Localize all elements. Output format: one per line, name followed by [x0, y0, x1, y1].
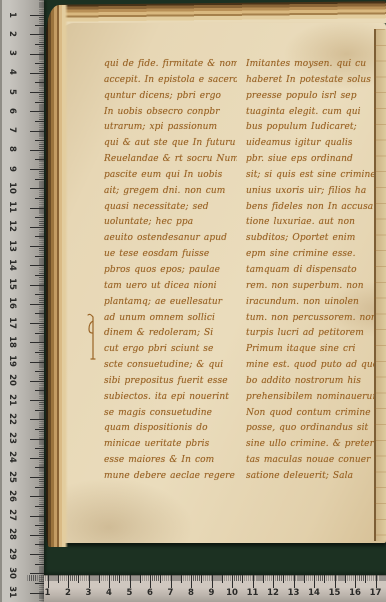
ruler-tick [109, 575, 110, 588]
ruler-tick [30, 477, 44, 478]
manuscript-line: quasi necessitate; sed [104, 200, 237, 216]
ruler-tick [273, 575, 274, 588]
ruler-tick [30, 342, 44, 343]
ruler-number: 6 [142, 588, 158, 598]
manuscript-line: subditos; Oportet enim [246, 231, 374, 247]
manuscript-line: quam dispositionis do [104, 421, 237, 437]
ruler-half-tick [201, 575, 202, 583]
vertical-ruler-mm-ticks [39, 0, 44, 602]
manuscript-line: ue tese eosdam fuisse [104, 247, 237, 263]
ruler-half-tick [35, 583, 44, 584]
manuscript-line: minicae ueritate pbris [104, 437, 237, 453]
ruler-half-tick [35, 198, 44, 199]
manuscript-line: unius uxoris uir; filios ha [246, 184, 374, 200]
ruler-half-tick [35, 525, 44, 526]
manuscript-line: tas maculas nouae conuer [246, 453, 374, 469]
ruler-half-tick [58, 575, 59, 583]
ruler-number: 8 [183, 588, 199, 598]
ruler-tick [30, 362, 44, 363]
manuscript-line: iracundum. non uinolen [246, 295, 374, 311]
ruler-tick [253, 575, 254, 588]
ruler-tick [30, 419, 44, 420]
manuscript-line: tam uero ut dicea nioni [104, 279, 237, 295]
ruler-tick [30, 169, 44, 170]
ruler-number: 12 [265, 588, 281, 598]
ruler-number: 21 [7, 391, 17, 409]
ruler-half-tick [35, 352, 44, 353]
manuscript-line: tuaginta elegit. cum qui [246, 105, 374, 121]
ruler-number: 16 [347, 588, 363, 598]
manuscript-line: prehensibilem nominauerunt [246, 390, 374, 406]
ruler-number: 2 [7, 25, 17, 43]
ruler-half-tick [324, 575, 325, 583]
ruler-number: 3 [81, 588, 97, 598]
ruler-number: 14 [306, 588, 322, 598]
manuscript-line: haberet In potestate solus [246, 73, 374, 89]
ruler-number: 31 [7, 583, 17, 601]
ruler-number: 18 [7, 333, 17, 351]
ruler-half-tick [35, 371, 44, 372]
ruler-tick [30, 131, 44, 132]
ruler-tick [171, 575, 172, 588]
ruler-number: 2 [60, 588, 76, 598]
ruler-half-tick [35, 410, 44, 411]
ruler-number: 22 [7, 410, 17, 428]
manuscript-line: qui & aut ste que In futuru [104, 136, 237, 152]
ruler-tick [30, 304, 44, 305]
ruler-number: 13 [286, 588, 302, 598]
manuscript-line: utrarum; xpi passionum [104, 120, 237, 136]
ruler-half-tick [304, 575, 305, 583]
ruler-number: 6 [7, 102, 17, 120]
ruler-number: 3 [7, 44, 17, 62]
ruler-number: 15 [7, 275, 17, 293]
ruler-tick [30, 265, 44, 266]
ruler-number: 7 [163, 588, 179, 598]
manuscript-line: sine ullo crimine. & preteri [246, 437, 374, 453]
ruler-tick [30, 535, 44, 536]
manuscript-line: cut ergo pbri sciunt se [104, 342, 237, 358]
manuscript-line: Reuelandae & rt socru Num [104, 152, 237, 168]
ruler-half-tick [181, 575, 182, 583]
manuscript-line: bo addito nostrorum his [246, 374, 374, 390]
ruler-tick [30, 208, 44, 209]
manuscript-photo: qui de fide. firmitate & nomenaccepit. I… [0, 0, 386, 602]
nota-marginal-mark-icon [86, 311, 100, 365]
ruler-half-tick [35, 390, 44, 391]
ruler-half-tick [35, 121, 44, 122]
ruler-half-tick [35, 564, 44, 565]
ruler-tick [376, 575, 377, 588]
ruler-tick [150, 575, 151, 588]
ruler-half-tick [35, 448, 44, 449]
manuscript-line: mune debere aeclae regere [104, 469, 237, 485]
ruler-number: 10 [224, 588, 240, 598]
ruler-tick [30, 246, 44, 247]
ruler-number: 4 [101, 588, 117, 598]
ruler-number: 27 [7, 506, 17, 524]
ruler-half-tick [263, 575, 264, 583]
ruler-tick [30, 34, 44, 35]
ruler-number: 12 [7, 217, 17, 235]
ruler-tick [30, 92, 44, 93]
ruler-half-tick [35, 217, 44, 218]
ruler-half-tick [345, 575, 346, 583]
ruler-number: 11 [245, 588, 261, 598]
ruler-half-tick [119, 575, 120, 583]
manuscript-line: ait; gregem dni. non cum [104, 184, 237, 200]
ruler-half-tick [35, 102, 44, 103]
ruler-tick [30, 516, 44, 517]
manuscript-line: In uobis obsecro conpbr [104, 105, 237, 121]
manuscript-line: pascite eum qui In uobis [104, 168, 237, 184]
ruler-half-tick [35, 429, 44, 430]
manuscript-line: Imitantes moysen. qui cu [246, 57, 374, 73]
manuscript-line: bens fideles non In accusa [246, 200, 374, 216]
manuscript-line: bus populum Iudicaret; [246, 120, 374, 136]
manuscript-line: sibi prepositus fuerit esse [104, 374, 237, 390]
manuscript-line: posse, quo ordinandus sit [246, 421, 374, 437]
ruler-number: 17 [368, 588, 384, 598]
ruler-tick [30, 54, 44, 55]
ruler-tick [30, 227, 44, 228]
ruler-number: 17 [7, 314, 17, 332]
next-leaf-edge [374, 29, 386, 541]
ruler-number: 26 [7, 487, 17, 505]
manuscript-line: pbros quos epos; paulae [104, 263, 237, 279]
ruler-number: 23 [7, 429, 17, 447]
ruler-half-tick [35, 236, 44, 237]
ruler-number: 8 [7, 140, 17, 158]
ruler-half-tick [242, 575, 243, 583]
manuscript-line: rem. non superbum. non [246, 279, 374, 295]
manuscript-line: quntur dicens; pbri ergo [104, 89, 237, 105]
ruler-half-tick [35, 25, 44, 26]
ruler-tick [30, 381, 44, 382]
manuscript-line: pbr. siue eps ordinand [246, 152, 374, 168]
ruler-tick [30, 188, 44, 189]
ruler-tick [30, 554, 44, 555]
ruler-tick [30, 111, 44, 112]
manuscript-line: se magis consuetudine [104, 406, 237, 422]
ruler-half-tick [35, 140, 44, 141]
ruler-tick [130, 575, 131, 588]
ruler-half-tick [35, 544, 44, 545]
ruler-number: 7 [7, 121, 17, 139]
manuscript-line: scte consuetudine; & qui [104, 358, 237, 374]
ruler-tick [314, 575, 315, 588]
ruler-tick [30, 150, 44, 151]
ruler-half-tick [35, 467, 44, 468]
ruler-number: 24 [7, 448, 17, 466]
ruler-tick [335, 575, 336, 588]
ruler-half-tick [160, 575, 161, 583]
ruler-tick [355, 575, 356, 588]
manuscript-line: uoluntate; hec ppa [104, 215, 237, 231]
manuscript-line: ad unum omnem sollici [104, 311, 237, 327]
ruler-number: 15 [327, 588, 343, 598]
ruler-half-tick [365, 575, 366, 583]
manuscript-line: sit; si quis est sine crimine [246, 168, 374, 184]
ruler-number: 9 [204, 588, 220, 598]
manuscript-line: Non quod contum crimine [246, 406, 374, 422]
manuscript-line: esse maiores & In com [104, 453, 237, 469]
ruler-tick [30, 323, 44, 324]
manuscript-book: qui de fide. firmitate & nomenaccepit. I… [46, 3, 386, 547]
ruler-tick [294, 575, 295, 588]
ruler-tick [30, 496, 44, 497]
ruler-tick [232, 575, 233, 588]
ruler-half-tick [35, 506, 44, 507]
manuscript-line: aeuito ostendesanur apud [104, 231, 237, 247]
manuscript-column-right: Imitantes moysen. qui cuhaberet In potes… [246, 57, 374, 493]
ruler-half-tick [35, 44, 44, 45]
manuscript-line: uideamus igitur qualis [246, 136, 374, 152]
manuscript-line: qui de fide. firmitate & nomen [104, 57, 237, 73]
ruler-number: 4 [7, 63, 17, 81]
ruler-number: 25 [7, 468, 17, 486]
manuscript-line: mine est. quod puto ad quo uer [246, 358, 374, 374]
manuscript-line: tum. non percussorem. non [246, 311, 374, 327]
manuscript-line: tamquam di dispensato [246, 263, 374, 279]
ruler-number: 11 [7, 198, 17, 216]
ruler-tick [30, 73, 44, 74]
horizontal-ruler-mm-ticks [27, 575, 386, 581]
manuscript-line: accepit. In epistola e sacerdo [104, 73, 237, 89]
ruler-number: 28 [7, 525, 17, 543]
ruler-number: 20 [7, 371, 17, 389]
ruler-half-tick [35, 294, 44, 295]
ruler-half-tick [99, 575, 100, 583]
ruler-tick [191, 575, 192, 588]
ruler-half-tick [35, 313, 44, 314]
ruler-tick [30, 458, 44, 459]
vertical-ruler: 1234567891011121314151617181920212223242… [0, 0, 44, 602]
book-gutter-flare [45, 2, 111, 115]
ruler-half-tick [222, 575, 223, 583]
ruler-number: 9 [7, 160, 17, 178]
manuscript-line: subiectos. ita epi nouerint [104, 390, 237, 406]
ruler-number: 1 [40, 588, 56, 598]
ruler-number: 19 [7, 352, 17, 370]
manuscript-line: turpis lucri ad petitorem [246, 326, 374, 342]
ruler-half-tick [35, 256, 44, 257]
ruler-half-tick [35, 275, 44, 276]
ruler-half-tick [35, 82, 44, 83]
ruler-number: 29 [7, 545, 17, 563]
ruler-number: 10 [7, 179, 17, 197]
ruler-tick [48, 575, 49, 588]
ruler-number: 30 [7, 564, 17, 582]
horizontal-ruler: 123456789101112131415161718 [44, 575, 386, 602]
manuscript-line: dinem & redoleram; Si [104, 326, 237, 342]
manuscript-line: epm sine crimine esse. [246, 247, 374, 263]
ruler-half-tick [283, 575, 284, 583]
ruler-half-tick [78, 575, 79, 583]
ruler-tick [30, 15, 44, 16]
ruler-number: 14 [7, 256, 17, 274]
ruler-number: 5 [7, 83, 17, 101]
ruler-number: 13 [7, 237, 17, 255]
ruler-tick [68, 575, 69, 588]
ruler-half-tick [35, 159, 44, 160]
ruler-number: 5 [122, 588, 138, 598]
ruler-half-tick [35, 487, 44, 488]
manuscript-column-left: qui de fide. firmitate & nomenaccepit. I… [104, 57, 237, 493]
ruler-number: 16 [7, 294, 17, 312]
ruler-tick [30, 439, 44, 440]
ruler-tick [212, 575, 213, 588]
ruler-tick [30, 400, 44, 401]
manuscript-line: Primum itaque sine cri [246, 342, 374, 358]
ruler-half-tick [140, 575, 141, 583]
ruler-number: 1 [7, 6, 17, 24]
ruler-half-tick [35, 179, 44, 180]
ruler-tick [89, 575, 90, 588]
ruler-half-tick [35, 63, 44, 64]
ruler-half-tick [35, 333, 44, 334]
ruler-tick [30, 285, 44, 286]
manuscript-line: tione luxuriae. aut non [246, 215, 374, 231]
manuscript-line: satione deleuerit; Sala [246, 469, 374, 485]
manuscript-line: preesse populo isrl sep [246, 89, 374, 105]
manuscript-line: plantamq; ae euellesatur [104, 295, 237, 311]
